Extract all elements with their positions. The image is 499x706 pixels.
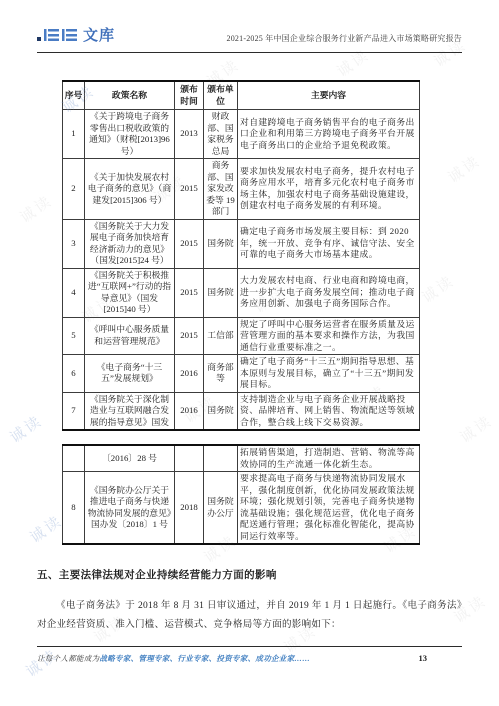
cell-policy-name: 〔2016〕28 号: [85, 445, 175, 472]
cell-content: 要求加快发展农村电子商务，提升农村电子商务应用水平，培育多元化农村电子商务市场主…: [238, 159, 420, 220]
cell-no: 4: [63, 268, 85, 317]
page-footer: 让每个人都能成为战略专家、管理专家、行业专家、投资专家、成功企业家…… 13: [37, 646, 462, 664]
policy-table: 序号 政策名称 颁布时间 颁布单位 主要内容 1 《关于跨境电子商务零售出口税收…: [62, 80, 420, 431]
cell-policy-name: 《电子商务“十三五”发展规划》: [85, 355, 175, 393]
cell-policy-name: 《国务院关于大力发展电子商务加快培育经济新动力的意见》（国发[2015]24 号…: [85, 219, 175, 268]
logo: 文库: [37, 24, 115, 45]
logo-dot-icon: [37, 37, 41, 41]
cell-policy-name: 《关于加快发展农村电子商务的意见》（商建发[2015]306 号）: [85, 159, 175, 220]
footer-slogan: 让每个人都能成为战略专家、管理专家、行业专家、投资专家、成功企业家……: [37, 653, 310, 664]
cell-unit: 国务院: [204, 268, 238, 317]
cell-no: 6: [63, 355, 85, 393]
body-paragraph: 《电子商务法》于 2018 年 8 月 31 日审议通过，并自 2019 年 1…: [37, 597, 462, 635]
cell-unit: 工信部: [204, 317, 238, 355]
cell-unit: [204, 445, 238, 472]
table-row: 7 《国务院关于深化制造业与互联网融合发展的指导意见》国发 2016 国务院 支…: [63, 392, 420, 430]
table-row: 2 《关于加快发展农村电子商务的意见》（商建发[2015]306 号） 2015…: [63, 159, 420, 220]
cell-unit: 财政部、国家税务总局: [204, 110, 238, 159]
cell-content: 支持制造企业与电子商务企业开展战略投资、品牌培育、网上销售、物流配送等领域合作，…: [238, 392, 420, 430]
col-header-content: 主要内容: [238, 81, 420, 110]
cell-content: 对自建跨境电子商务销售平台的电子商务出口企业和利用第三方跨境电子商务平台开展电子…: [238, 110, 420, 159]
table-row: 8 《国务院办公厅关于推进电子商务与快递物流协同发展的意见》国办发〔2018〕1…: [63, 472, 420, 545]
cell-policy-name: 《关于跨境电子商务零售出口税收政策的通知》（财税[2013]96号）: [85, 110, 175, 159]
footer-slogan-highlight: 战略专家、管理专家、行业专家、投资专家、成功企业家……: [99, 654, 310, 663]
col-header-unit: 颁布单位: [204, 81, 238, 110]
cell-no: 7: [63, 392, 85, 430]
table-row: 5 《呼叫中心服务质量和运营管理规范》 2015 工信部 规定了呼叫中心服务运营…: [63, 317, 420, 355]
cell-year: 2016: [175, 355, 204, 393]
cell-content: 规定了呼叫中心服务运营者在服务质量及运营管理方面的基本要求和操作方法，为我国通信…: [238, 317, 420, 355]
cell-policy-name: 《呼叫中心服务质量和运营管理规范》: [85, 317, 175, 355]
section-heading: 五、主要法律法规对企业持续经营能力方面的影响: [37, 567, 462, 582]
col-header-year: 颁布时间: [175, 81, 204, 110]
table-header-row: 序号 政策名称 颁布时间 颁布单位 主要内容: [63, 81, 420, 110]
table-row: 4 《国务院关于积极推进“互联网+”行动的指导意见》（国发[2015]40 号）…: [63, 268, 420, 317]
watermark-text: 诚读: [25, 510, 67, 548]
document-title: 2021-2025 年中国企业综合服务行业新产品进入市场策略研究报告: [227, 33, 462, 45]
cell-year: 2015: [175, 219, 204, 268]
cell-policy-name: 《国务院关于积极推进“互联网+”行动的指导意见》（国发[2015]40 号）: [85, 268, 175, 317]
cell-no: [63, 445, 85, 472]
col-header-no: 序号: [63, 81, 85, 110]
cell-no: 8: [63, 472, 85, 545]
cell-year: 2015: [175, 317, 204, 355]
cell-no: 3: [63, 219, 85, 268]
cell-content: 要求提高电子商务与快递物流协同发展水平，强化制度创新，优化协同发展政策法规环境；…: [238, 472, 420, 545]
cell-content: 大力发展农村电商、行业电商和跨境电商，进一步扩大电子商务发展空间；推动电子商务应…: [238, 268, 420, 317]
footer-slogan-prefix: 让每个人都能成为: [37, 654, 99, 663]
table-row: 6 《电子商务“十三五”发展规划》 2016 商务部等 确定了电子商务“十三五”…: [63, 355, 420, 393]
library-logo-icon: [44, 27, 80, 43]
cell-year: 2015: [175, 268, 204, 317]
cell-year: 2015: [175, 159, 204, 220]
cell-policy-name: 《国务院关于深化制造业与互联网融合发展的指导意见》国发: [85, 392, 175, 430]
cell-unit: 国务院: [204, 219, 238, 268]
cell-policy-name: 《国务院办公厅关于推进电子商务与快递物流协同发展的意见》国办发〔2018〕1 号: [85, 472, 175, 545]
logo-text: 文库: [83, 24, 115, 45]
cell-content: 拓展销售渠道，打造制造、营销、物流等高效协同的生产流通一体化新生态。: [238, 445, 420, 472]
watermark-text: 诚读: [5, 410, 47, 448]
cell-no: 1: [63, 110, 85, 159]
cell-year: [175, 445, 204, 472]
watermark-text: 诚读: [443, 150, 485, 188]
cell-no: 2: [63, 159, 85, 220]
cell-year: 2018: [175, 472, 204, 545]
cell-content: 确定了电子商务“十三五”期间指导思想、基本原则与发展目标，确立了“十三五”期间发…: [238, 355, 420, 393]
col-header-name: 政策名称: [85, 81, 175, 110]
watermark-text: 诚读: [15, 190, 57, 228]
cell-unit: 商务部等: [204, 355, 238, 393]
policy-table-continued: 〔2016〕28 号 拓展销售渠道，打造制造、营销、物流等高效协同的生产流通一体…: [62, 444, 420, 545]
cell-year: 2013: [175, 110, 204, 159]
table-row: 1 《关于跨境电子商务零售出口税收政策的通知》（财税[2013]96号） 201…: [63, 110, 420, 159]
cell-year: 2016: [175, 392, 204, 430]
table-row: 〔2016〕28 号 拓展销售渠道，打造制造、营销、物流等高效协同的生产流通一体…: [63, 445, 420, 472]
watermark-text: 诚读: [455, 410, 497, 448]
cell-content: 确定电子商务市场发展主要目标：到 2020 年，统一开放、竞争有序、诚信守法、安…: [238, 219, 420, 268]
cell-unit: 国务院办公厅: [204, 472, 238, 545]
cell-no: 5: [63, 317, 85, 355]
page-header: 文库 2021-2025 年中国企业综合服务行业新产品进入市场策略研究报告: [37, 24, 462, 53]
table-row: 3 《国务院关于大力发展电子商务加快培育经济新动力的意见》（国发[2015]24…: [63, 219, 420, 268]
watermark-text: 诚读: [417, 270, 459, 308]
cell-unit: 国务院: [204, 392, 238, 430]
document-page: 诚读诚读诚读诚读诚读诚读诚读诚读诚读诚读诚读诚读诚读诚读诚读诚读诚读诚读诚读诚读…: [0, 0, 499, 706]
cell-unit: 商务部、国家发改委等 19 部门: [204, 159, 238, 220]
page-number: 13: [419, 653, 428, 663]
